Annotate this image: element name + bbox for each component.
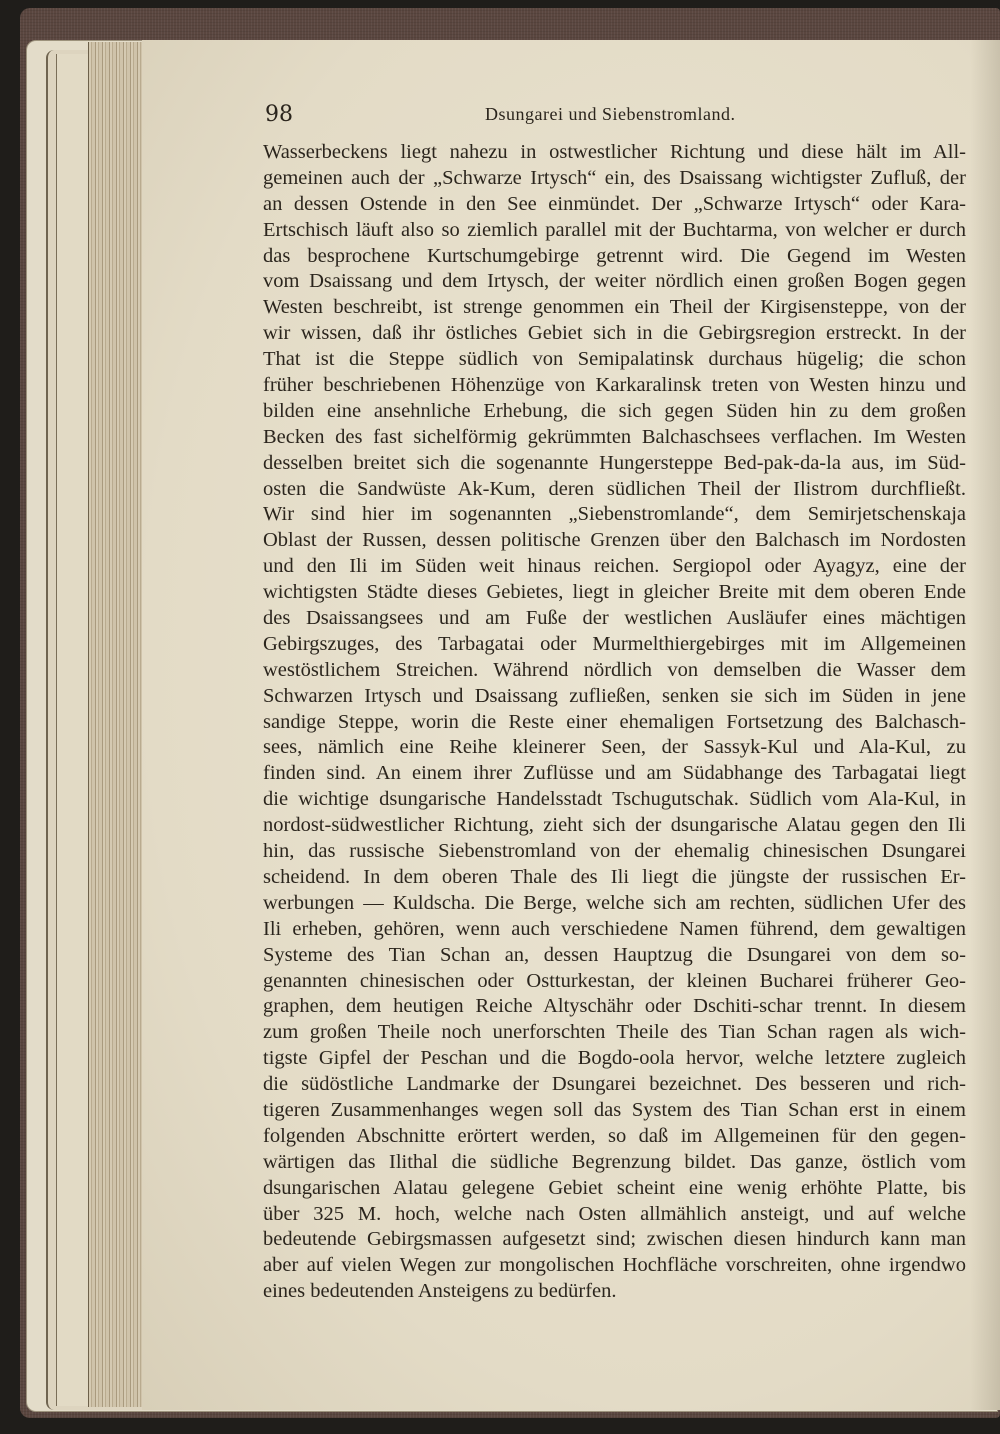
text-line: gemeinen auch der „Schwarze Irtysch“ ein… bbox=[263, 166, 966, 192]
page-edges bbox=[88, 42, 145, 1407]
text-line: genannten chinesischen oder Ostturkestan… bbox=[263, 969, 966, 995]
text-line: Wasserbeckens liegt nahezu in ostwestlic… bbox=[263, 140, 966, 166]
text-line: Ili erheben, gehören, wenn auch verschie… bbox=[263, 917, 966, 943]
text-line: eines bedeutenden Ansteigens zu bedürfen… bbox=[263, 1279, 966, 1305]
text-line: scheidend. In dem oberen Thale des Ili l… bbox=[263, 865, 966, 891]
text-line: osten die Sandwüste Ak-Kum, deren südlic… bbox=[263, 477, 966, 503]
page-header: 98 Dsungarei und Siebenstromland. bbox=[265, 102, 965, 132]
text-line: Ertschisch läuft also so ziemlich parall… bbox=[263, 218, 966, 244]
text-line: die südöstliche Landmarke der Dsungarei … bbox=[263, 1072, 966, 1098]
text-line: nordost-südwestlicher Richtung, zieht si… bbox=[263, 813, 966, 839]
text-line: wichtigsten Städte dieses Gebietes, lieg… bbox=[263, 580, 966, 606]
text-line: über 325 M. hoch, welche nach Osten allm… bbox=[263, 1202, 966, 1228]
text-line: früher beschriebenen Höhenzüge von Karka… bbox=[263, 373, 966, 399]
text-line: westöstlichem Streichen. Während nördlic… bbox=[263, 658, 966, 684]
text-line: desselben breitet sich die sogenannte Hu… bbox=[263, 451, 966, 477]
running-title: Dsungarei und Siebenstromland. bbox=[485, 104, 735, 125]
text-line: vom Dsaissang und dem Irtysch, der weite… bbox=[263, 269, 966, 295]
text-line: wärtigen das Ilithal die südliche Begren… bbox=[263, 1150, 966, 1176]
text-line: und den Ili im Süden weit hinaus reichen… bbox=[263, 554, 966, 580]
text-line: aber auf vielen Wegen zur mongolischen H… bbox=[263, 1253, 966, 1279]
text-line: zum großen Theile noch unerforschten The… bbox=[263, 1020, 966, 1046]
text-line: tigste Gipfel der Peschan und die Bogdo-… bbox=[263, 1046, 966, 1072]
text-line: tigeren Zusammenhanges wegen soll das Sy… bbox=[263, 1098, 966, 1124]
text-line: Becken des fast sichelförmig gekrümmten … bbox=[263, 425, 966, 451]
text-line: das besprochene Kurtschumgebirge getrenn… bbox=[263, 244, 966, 270]
text-line: dsungarischen Alatau gelegene Gebiet sch… bbox=[263, 1176, 966, 1202]
text-line: Oblast der Russen, dessen politische Gre… bbox=[263, 528, 966, 554]
text-line: hin, das russische Siebenstromland von d… bbox=[263, 839, 966, 865]
text-line: des Dsaissangsees und am Fuße der westli… bbox=[263, 606, 966, 632]
body-text: Wasserbeckens liegt nahezu in ostwestlic… bbox=[263, 140, 966, 1305]
text-line: Westen beschreibt, ist strenge genommen … bbox=[263, 295, 966, 321]
text-line: die wichtige dsungarische Handelsstadt T… bbox=[263, 787, 966, 813]
text-line: finden sind. An einem ihrer Zuflüsse und… bbox=[263, 761, 966, 787]
text-line: werbungen — Kuldscha. Die Berge, welche … bbox=[263, 891, 966, 917]
text-line: bilden eine ansehnliche Erhebung, die si… bbox=[263, 399, 966, 425]
text-line: That ist die Steppe südlich von Semipala… bbox=[263, 347, 966, 373]
page-curl-shadow bbox=[970, 40, 1000, 1410]
text-line: Schwarzen Irtysch und Dsaissang zufließe… bbox=[263, 684, 966, 710]
text-line: sandige Steppe, worin die Reste einer eh… bbox=[263, 710, 966, 736]
text-line: Systeme des Tian Schan an, dessen Hauptz… bbox=[263, 943, 966, 969]
page-number: 98 bbox=[265, 102, 293, 127]
text-line: wir wissen, daß ihr östliches Gebiet sic… bbox=[263, 321, 966, 347]
text-line: an dessen Ostende in den See einmündet. … bbox=[263, 192, 966, 218]
text-line: sees, nämlich eine Reihe kleinerer Seen,… bbox=[263, 735, 966, 761]
text-line: graphen, dem heutigen Reiche Altyschähr … bbox=[263, 994, 966, 1020]
text-line: Gebirgszuges, des Tarbagatai oder Murmel… bbox=[263, 632, 966, 658]
text-line: Wir sind hier im sogenannten „Siebenstro… bbox=[263, 502, 966, 528]
text-line: folgenden Abschnitte erörtert werden, so… bbox=[263, 1124, 966, 1150]
text-line: bedeutende Gebirgsmassen aufgesetzt sind… bbox=[263, 1227, 966, 1253]
